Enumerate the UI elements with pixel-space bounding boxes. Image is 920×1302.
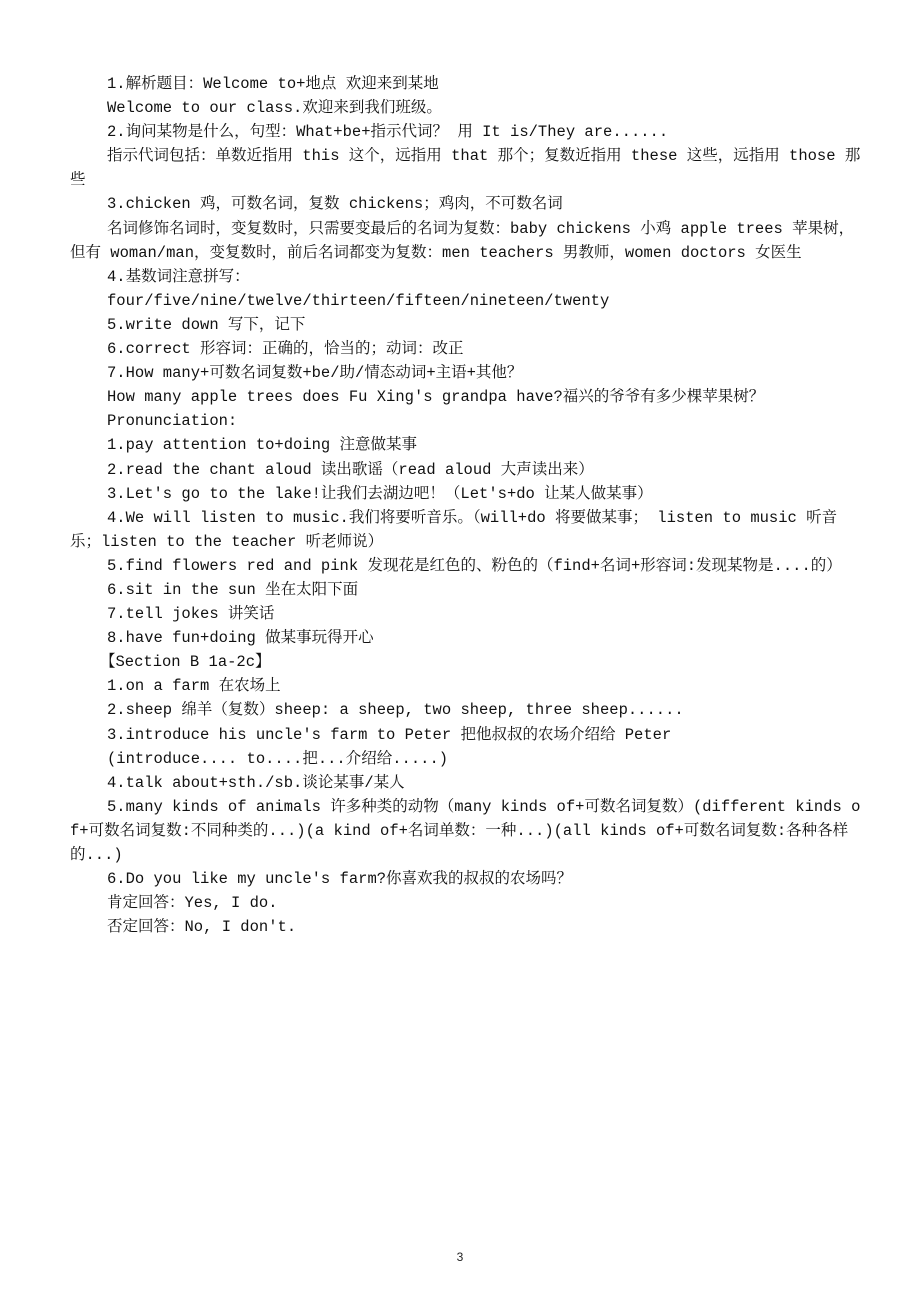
- paragraph-what-question: 2.询问某物是什么，句型：What+be+指示代词？ 用 It is/They …: [70, 120, 862, 144]
- paragraph-lets-go: 3.Let's go to the lake!让我们去湖边吧！（Let's+do…: [70, 482, 862, 506]
- paragraph-introduce: 3.introduce his uncle's farm to Peter 把他…: [70, 723, 862, 747]
- paragraph-read-chant: 2.read the chant aloud 读出歌谣（read aloud 大…: [70, 458, 862, 482]
- section-heading-section-b: 【Section B 1a-2c】: [70, 650, 862, 674]
- paragraph-sheep: 2.sheep 绵羊（复数）sheep: a sheep, two sheep,…: [70, 698, 862, 722]
- page-number: 3: [0, 1250, 920, 1264]
- paragraph-on-farm: 1.on a farm 在农场上: [70, 674, 862, 698]
- paragraph-negative-answer: 否定回答：No, I don't.: [70, 915, 862, 939]
- document-body: 1.解析题目：Welcome to+地点 欢迎来到某地 Welcome to o…: [70, 72, 862, 939]
- section-heading-pronunciation: Pronunciation:: [70, 409, 862, 433]
- paragraph-chicken: 3.chicken 鸡，可数名词，复数 chickens；鸡肉，不可数名词: [70, 192, 862, 216]
- paragraph-demonstratives: 指示代词包括：单数近指用 this 这个，远指用 that 那个；复数近指用 t…: [70, 144, 862, 192]
- paragraph-find-flowers: 5.find flowers red and pink 发现花是红色的、粉色的（…: [70, 554, 862, 578]
- paragraph-correct: 6.correct 形容词：正确的，恰当的；动词：改正: [70, 337, 862, 361]
- paragraph-do-you-like: 6.Do you like my uncle's farm?你喜欢我的叔叔的农场…: [70, 867, 862, 891]
- paragraph-cardinal-heading: 4.基数词注意拼写：: [70, 265, 862, 289]
- paragraph-sit-sun: 6.sit in the sun 坐在太阳下面: [70, 578, 862, 602]
- paragraph-introduce-pattern: (introduce.... to....把...介绍给.....): [70, 747, 862, 771]
- paragraph-kinds-of: 5.many kinds of animals 许多种类的动物（many kin…: [70, 795, 862, 867]
- paragraph-write-down: 5.write down 写下，记下: [70, 313, 862, 337]
- paragraph-welcome-heading: 1.解析题目：Welcome to+地点 欢迎来到某地: [70, 72, 862, 96]
- paragraph-have-fun: 8.have fun+doing 做某事玩得开心: [70, 626, 862, 650]
- paragraph-listen-music: 4.We will listen to music.我们将要听音乐。（will+…: [70, 506, 862, 554]
- paragraph-cardinal-list: four/five/nine/twelve/thirteen/fifteen/n…: [70, 289, 862, 313]
- paragraph-talk-about: 4.talk about+sth./sb.谈论某事/某人: [70, 771, 862, 795]
- paragraph-tell-jokes: 7.tell jokes 讲笑话: [70, 602, 862, 626]
- paragraph-pay-attention: 1.pay attention to+doing 注意做某事: [70, 433, 862, 457]
- paragraph-positive-answer: 肯定回答：Yes, I do.: [70, 891, 862, 915]
- paragraph-how-many: 7.How many+可数名词复数+be/助/情态动词+主语+其他？: [70, 361, 862, 385]
- paragraph-how-many-example: How many apple trees does Fu Xing's gran…: [70, 385, 862, 409]
- paragraph-noun-plural: 名词修饰名词时，变复数时，只需要变最后的名词为复数：baby chickens …: [70, 217, 862, 265]
- paragraph-welcome-example: Welcome to our class.欢迎来到我们班级。: [70, 96, 862, 120]
